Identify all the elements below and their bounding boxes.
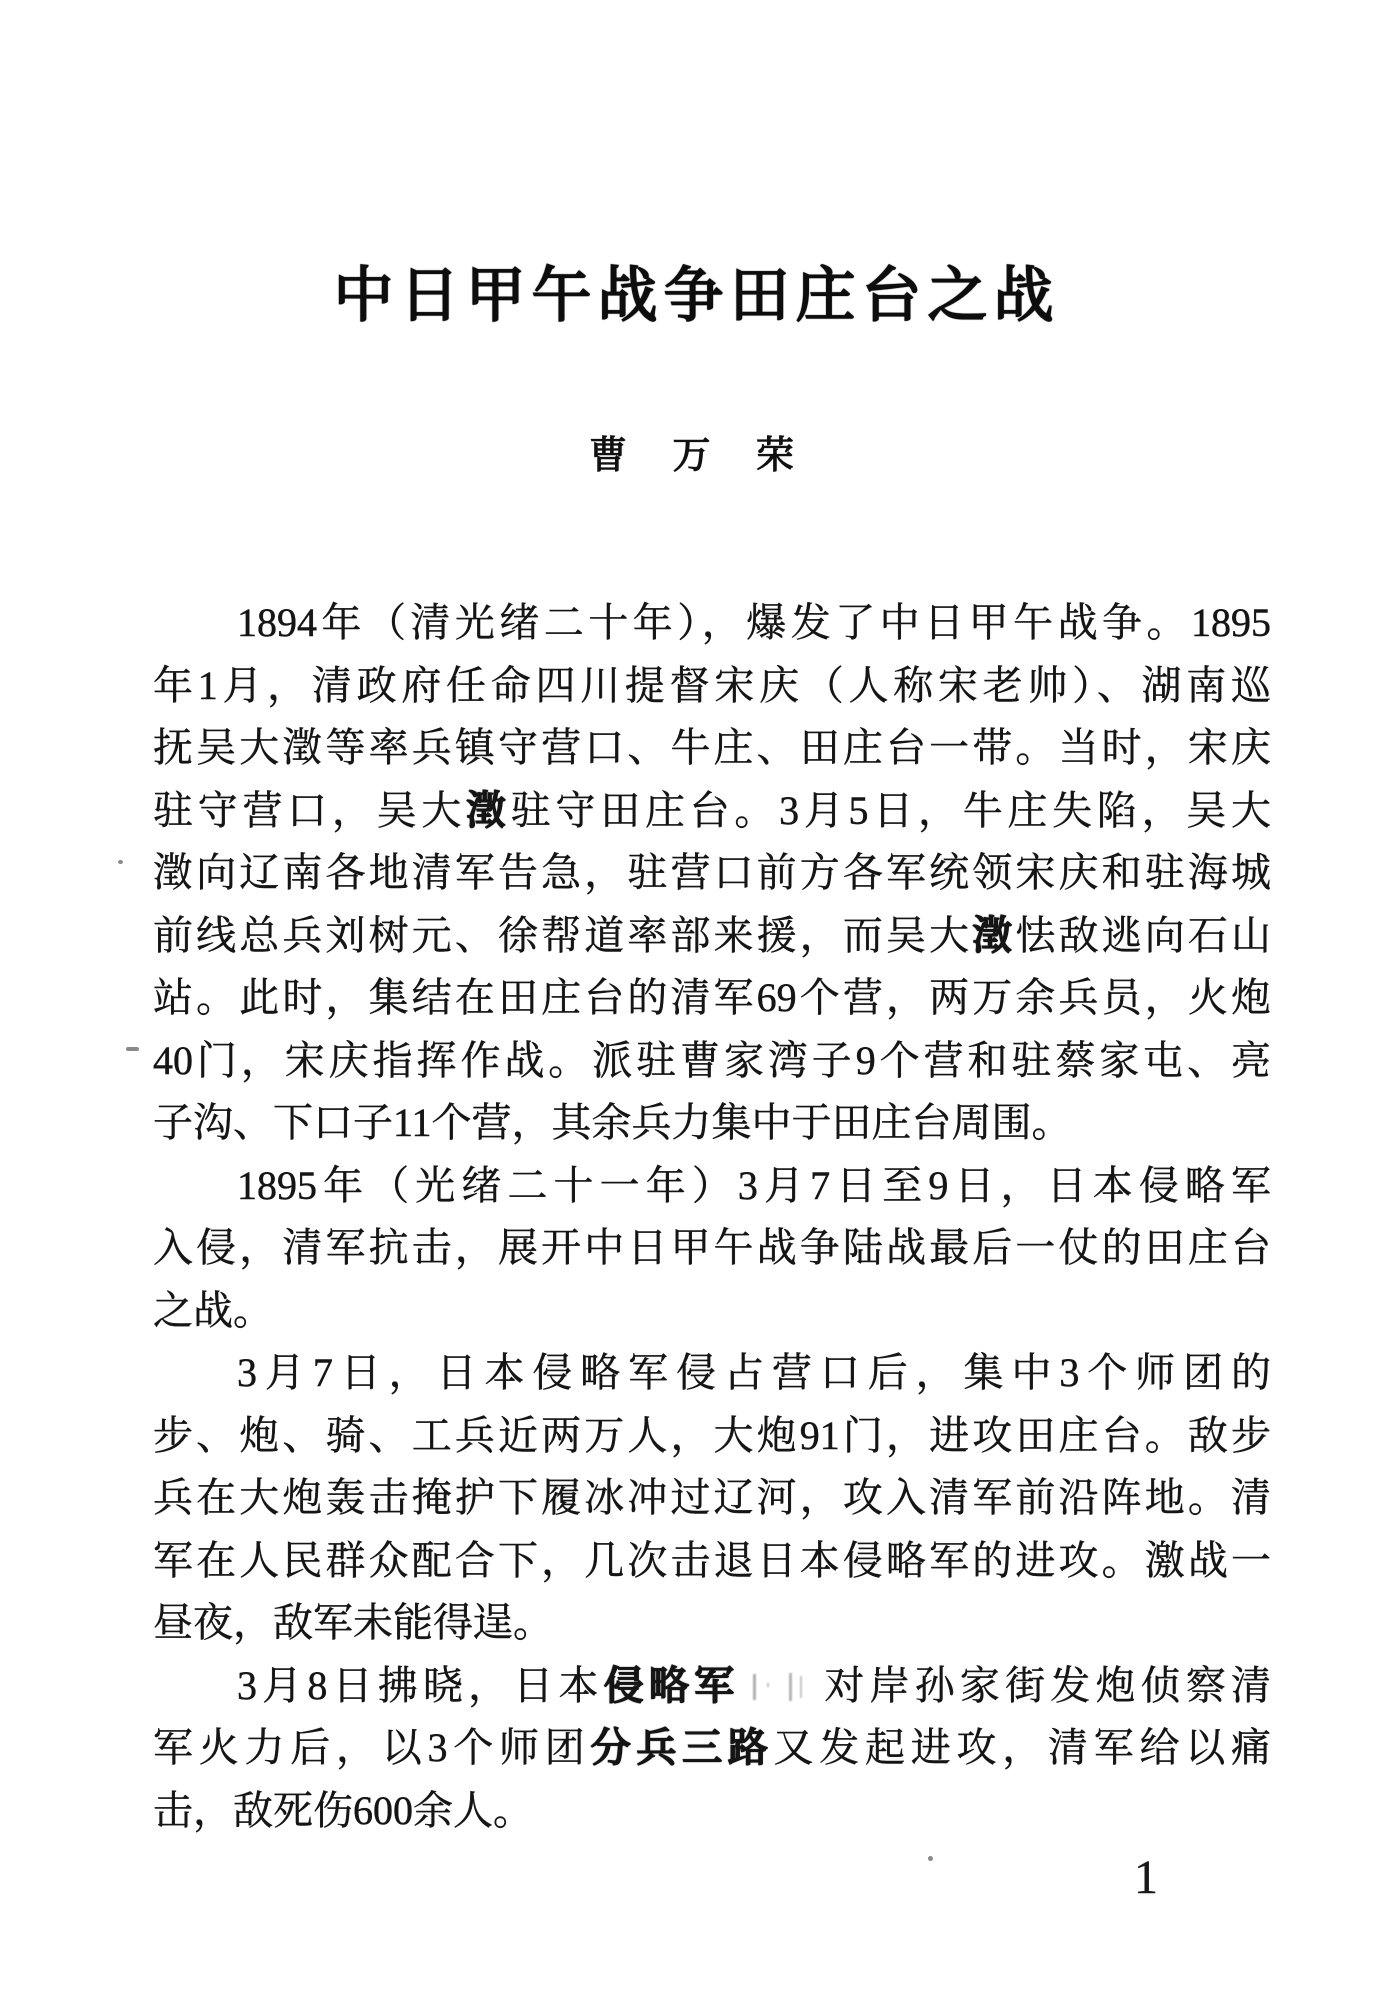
text-segment: 子沟、下口子11个营，其余兵力集中于田庄台周围。 [153,1100,1072,1145]
text-line: 之战。 [153,1280,1271,1343]
article-title: 中日甲午战争田庄台之战 [0,262,1393,331]
text-segment: 分兵三路 [591,1725,774,1770]
text-line: 1895年（光绪二十一年）3月7日至9日，日本侵略军 [153,1155,1271,1218]
text-segment: 年1月，清政府任命四川提督宋庆（人称宋老帅）、湖南巡 [153,663,1271,708]
text-line: 抚吴大澂等率兵镇守营口、牛庄、田庄台一带。当时，宋庆 [153,717,1271,780]
text-segment: 40门，宋庆指挥作战。派驻曹家湾子9个营和驻蔡家屯、亮 [153,1038,1271,1083]
ink-speck [118,860,123,864]
ink-speck [126,1047,139,1051]
text-line: 1894年（清光绪二十年），爆发了中日甲午战争。1895 [153,592,1271,655]
document-page: 中日甲午战争田庄台之战 曹 万 荣 1894年（清光绪二十年），爆发了中日甲午战… [0,0,1393,2004]
text-segment: 军在人民群众配合下，几次击退日本侵略军的进攻。激战一 [153,1538,1271,1583]
text-segment: 军火力后，以3个师团 [153,1725,591,1770]
text-segment: 1894年（清光绪二十年），爆发了中日甲午战争。1895 [237,600,1271,645]
text-segment: 抚吴大澂等率兵镇守营口、牛庄、田庄台一带。当时，宋庆 [153,725,1271,770]
text-segment: 驻守田庄台。3月5日，牛庄失陷，吴大 [511,788,1271,833]
text-segment: 入侵，清军抗击，展开中日甲午战争陆战最后一仗的田庄台 [153,1225,1271,1270]
text-segment: 昼夜，敌军未能得逞。 [153,1600,553,1645]
article-body: 1894年（清光绪二十年），爆发了中日甲午战争。1895年1月，清政府任命四川提… [153,592,1271,1842]
text-segment: 之战。 [153,1288,273,1333]
text-segment: 站。此时，集结在田庄台的清军69个营，两万余兵员，火炮 [153,975,1271,1020]
text-line: 步、炮、骑、工兵近两万人，大炮91门，进攻田庄台。敌步 [153,1405,1271,1468]
text-segment: 澂 [466,788,511,833]
text-line: 兵在大炮轰击掩护下履冰冲过辽河，攻入清军前沿阵地。清 [153,1467,1271,1530]
page-number: 1 [1134,1850,1158,1905]
text-line: 昼夜，敌军未能得逞。 [153,1592,1271,1655]
text-segment: 步、炮、骑、工兵近两万人，大炮91门，进攻田庄台。敌步 [153,1413,1271,1458]
author-name: 曹 万 荣 [0,424,1393,479]
text-segment: 澂 [972,913,1015,958]
smudged-print-area [739,1667,819,1705]
text-line: 子沟、下口子11个营，其余兵力集中于田庄台周围。 [153,1092,1271,1155]
text-segment: 1895年（光绪二十一年）3月7日至9日，日本侵略军 [237,1163,1271,1208]
ink-speck [928,1856,933,1861]
text-line: 驻守营口，吴大澂驻守田庄台。3月5日，牛庄失陷，吴大 [153,780,1271,843]
text-line: 击，敌死伤600余人。 [153,1780,1271,1843]
text-line: 入侵，清军抗击，展开中日甲午战争陆战最后一仗的田庄台 [153,1217,1271,1280]
text-segment: 对岸孙家街发炮侦察清 [819,1663,1271,1708]
text-line: 军在人民群众配合下，几次击退日本侵略军的进攻。激战一 [153,1530,1271,1593]
text-line: 3月7日，日本侵略军侵占营口后，集中3个师团的 [153,1342,1271,1405]
text-line: 3月8日拂晓，日本侵略军对岸孙家街发炮侦察清 [153,1655,1271,1718]
text-segment: 3月8日拂晓，日本 [237,1663,604,1708]
text-line: 年1月，清政府任命四川提督宋庆（人称宋老帅）、湖南巡 [153,655,1271,718]
text-segment: 怯敌逃向石山 [1015,913,1271,958]
text-line: 前线总兵刘树元、徐帮道率部来援，而吴大澂怯敌逃向石山 [153,905,1271,968]
text-segment: 3月7日，日本侵略军侵占营口后，集中3个师团的 [237,1350,1271,1395]
text-line: 40门，宋庆指挥作战。派驻曹家湾子9个营和驻蔡家屯、亮 [153,1030,1271,1093]
text-segment: 兵在大炮轰击掩护下履冰冲过辽河，攻入清军前沿阵地。清 [153,1475,1271,1520]
text-segment: 澂向辽南各地清军告急，驻营口前方各军统领宋庆和驻海城 [153,850,1271,895]
text-segment: 驻守营口，吴大 [153,788,466,833]
text-line: 澂向辽南各地清军告急，驻营口前方各军统领宋庆和驻海城 [153,842,1271,905]
text-segment: 击，敌死伤600余人。 [153,1788,533,1833]
text-segment: 前线总兵刘树元、徐帮道率部来援，而吴大 [153,913,972,958]
text-line: 站。此时，集结在田庄台的清军69个营，两万余兵员，火炮 [153,967,1271,1030]
text-line: 军火力后，以3个师团分兵三路又发起进攻，清军给以痛 [153,1717,1271,1780]
text-segment: 侵略军 [604,1663,740,1708]
text-segment: 又发起进攻，清军给以痛 [774,1725,1272,1770]
